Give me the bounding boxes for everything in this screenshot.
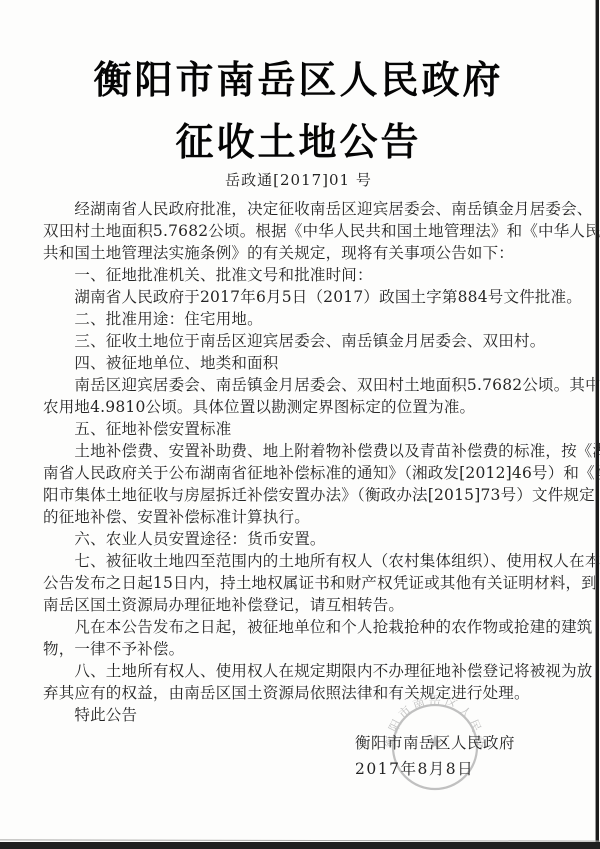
body-line: 双田村土地面积5.7682公顷。根据《中华人民共和国土地管理法》和《中华人民 [43,220,555,242]
signature-block: 衡阳市南岳区人民政府 2017年8月8日 [355,730,515,782]
scan-edge-bottom [0,842,600,849]
body-line: 土地补偿费、安置补助费、地上附着物补偿费以及青苗补偿费的标准，按《湖 [43,440,555,462]
body-line: 湖南省人民政府于2017年6月5日（2017）政国土字第884号文件批准。 [43,286,555,308]
document-number: 岳政通[2017]01 号 [0,169,597,190]
body-line: 公告发布之日起15日内，持土地权属证书和财产权凭证或其他有关证明材料，到 [43,572,555,594]
body-line: 八、土地所有权人、使用权人在规定期限内不办理征地补偿登记将被视为放 [43,660,555,682]
scanned-announcement-page: 衡阳市南岳区人民政府 征收土地公告 岳政通[2017]01 号 经湖南省人民政府… [0,0,600,849]
signature-authority: 衡阳市南岳区人民政府 [355,730,515,756]
body-line: 特此公告 [43,704,555,726]
body-line: 的征地补偿、安置补偿标准计算执行。 [43,506,555,528]
document-body: 经湖南省人民政府批准，决定征收南岳区迎宾居委会、南岳镇金月居委会、 双田村土地面… [43,198,555,726]
document-title-authority: 衡阳市南岳区人民政府 [0,58,597,102]
body-line: 凡在本公告发布之日起，被征地单位和个人抢栽抢种的农作物或抢建的建筑 [43,616,555,638]
body-line: 五、征地补偿安置标准 [43,418,555,440]
body-line: 二、批准用途：住宅用地。 [43,308,555,330]
body-line: 南省人民政府关于公布湖南省征地补偿标准的通知》（湘政发[2012]46号）和《衡 [43,462,555,484]
signature-date: 2017年8月8日 [355,756,515,782]
body-line: 阳市集体土地征收与房屋拆迁补偿安置办法》（衡政办法[2015]73号）文件规定 [43,484,555,506]
body-line: 一、征地批准机关、批准文号和批准时间： [43,264,555,286]
document-title-subject: 征收土地公告 [0,120,597,164]
body-line: 农用地4.9810公顷。具体位置以勘测定界图标定的位置为准。 [43,396,555,418]
body-line: 物，一律不予补偿。 [43,638,555,660]
body-line: 七、被征收土地四至范围内的土地所有权人（农村集体组织）、使用权人在本 [43,550,555,572]
body-line: 弃其应有的权益，由南岳区国土资源局依照法律和有关规定进行处理。 [43,682,555,704]
body-line: 四、被征地单位、地类和面积 [43,352,555,374]
scan-edge-right [596,0,599,849]
body-line: 南岳区迎宾居委会、南岳镇金月居委会、双田村土地面积5.7682公顷。其中 [43,374,555,396]
body-line: 三、征收土地位于南岳区迎宾居委会、南岳镇金月居委会、双田村。 [43,330,555,352]
body-line: 南岳区国土资源局办理征地补偿登记，请互相转告。 [43,594,555,616]
body-line: 六、农业人员安置途径：货币安置。 [43,528,555,550]
body-line: 共和国土地管理法实施条例》的有关规定，现将有关事项公告如下： [43,242,555,264]
body-line: 经湖南省人民政府批准，决定征收南岳区迎宾居委会、南岳镇金月居委会、 [43,198,555,220]
